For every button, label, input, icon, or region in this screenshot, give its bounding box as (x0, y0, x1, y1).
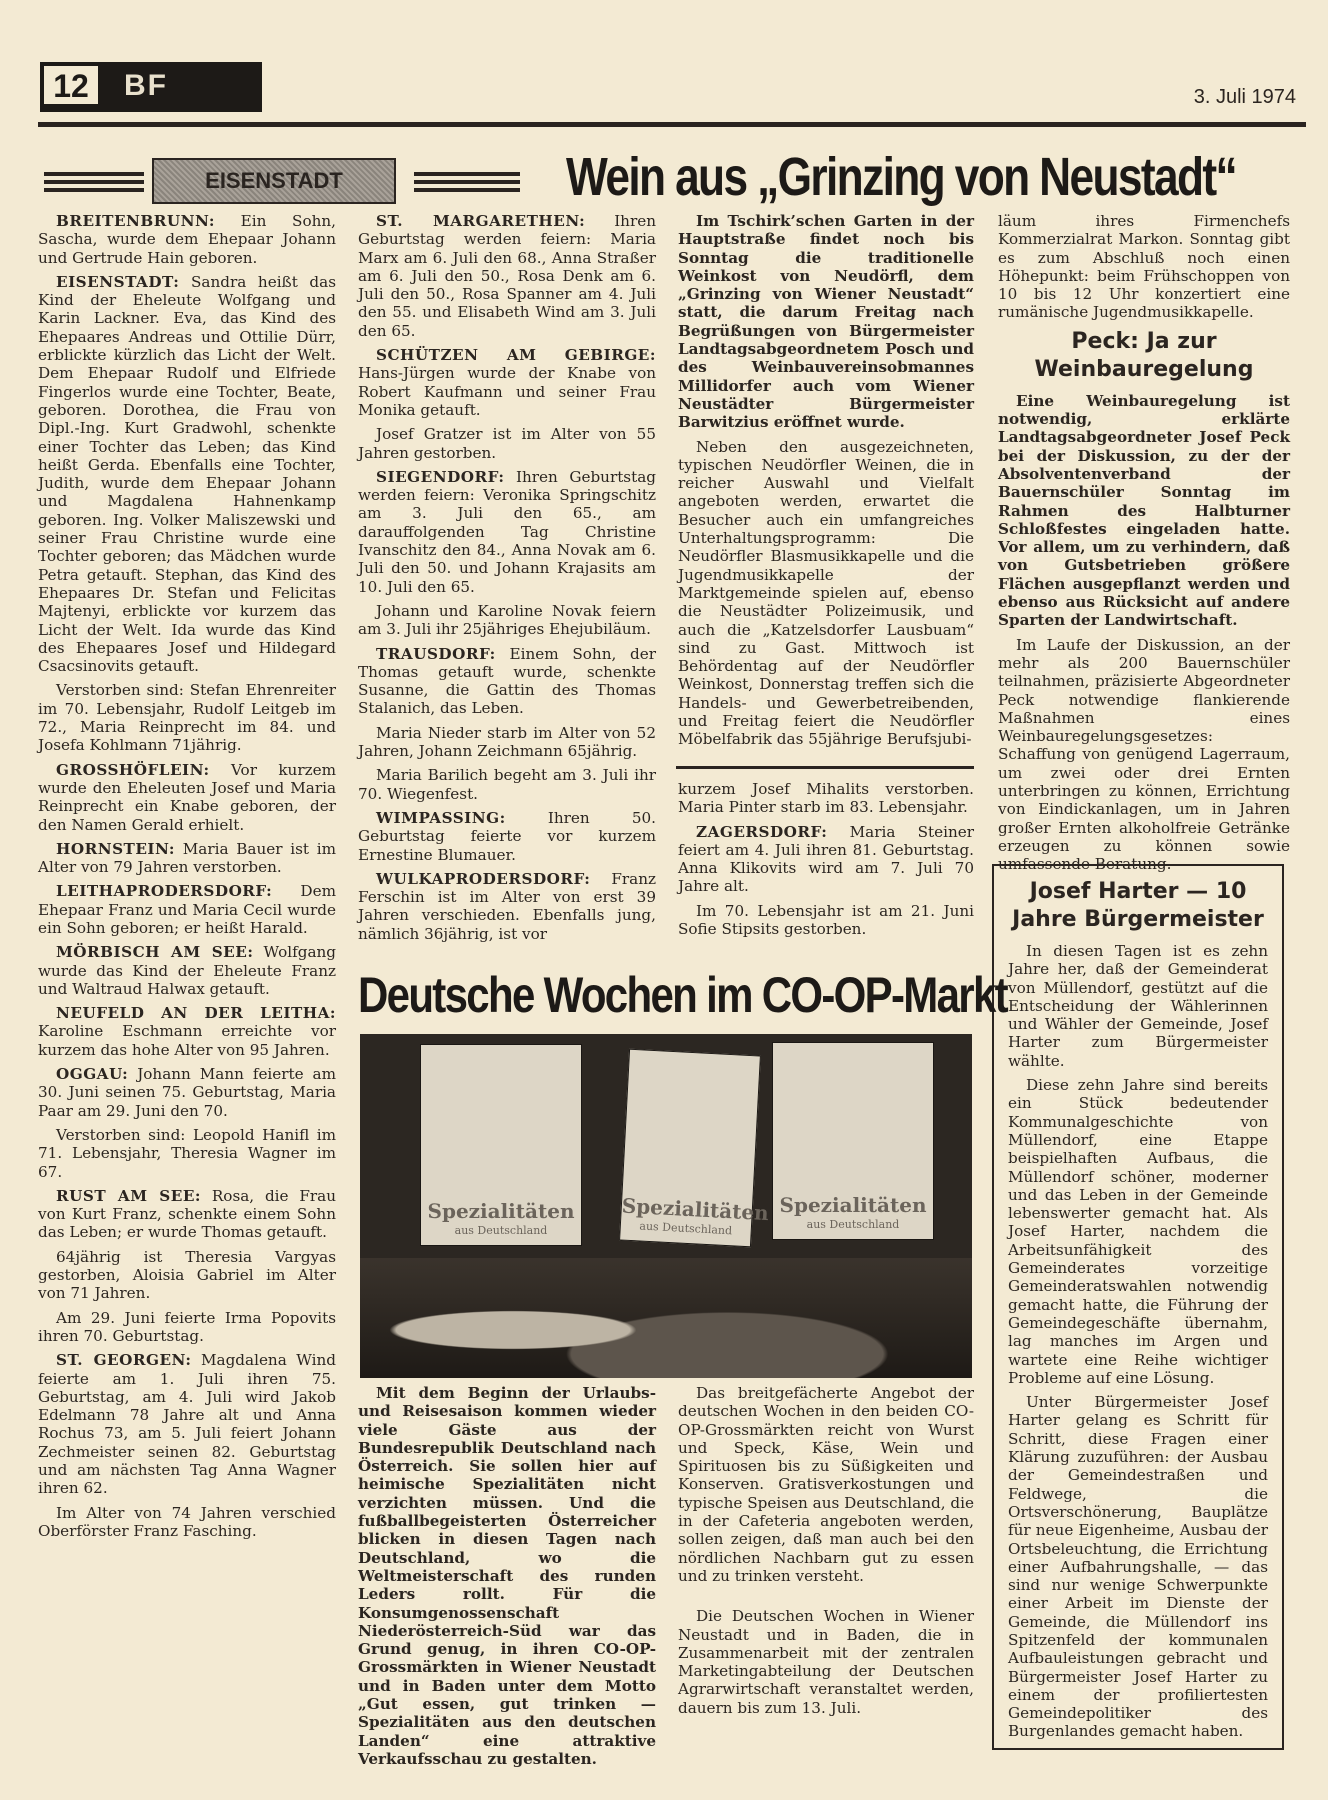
headline-wein: Wein aus „Grinzing von Neustadt“ (566, 146, 1236, 208)
news-text: Josef Gratzer ist im Alter von 55 Jahren… (358, 425, 656, 461)
coop-body-column: Das breitgefächerte Angebot der deutsche… (678, 1384, 974, 1723)
column-wein-continued: läum ihres Firmenchefs Kommerzialrat Mar… (998, 212, 1290, 880)
news-item: SCHÜTZEN AM GEBIRGE: Hans-Jürgen wurde d… (358, 346, 656, 419)
news-item: Im Alter von 74 Jahren verschied Oberför… (38, 1504, 336, 1541)
news-item: Am 29. Juni feierte Irma Popovits ihren … (38, 1309, 336, 1346)
place-name: SCHÜTZEN AM GEBIRGE: (376, 346, 656, 364)
news-text: Maria Nieder starb im Alter von 52 Jahre… (358, 724, 656, 760)
headline-coop: Deutsche Wochen im CO-OP-Markt (358, 966, 1007, 1024)
news-item: SIEGENDORF: Ihren Geburtstag werden feie… (358, 468, 656, 596)
news-item: MÖRBISCH AM SEE: Wolfgang wurde das Kind… (38, 943, 336, 998)
harter-paragraph: In diesen Tagen ist es zehn Jahre her, d… (1008, 942, 1268, 1070)
news-text: Verstorben sind: Stefan Ehrenreiter im 7… (38, 681, 336, 754)
news-text: Sandra heißt das Kind der Eheleute Wolfg… (38, 273, 336, 675)
news-item: Johann und Karoline Novak feiern am 3. J… (358, 602, 656, 639)
news-item: kurzem Josef Mihalits verstorben. Maria … (678, 780, 974, 817)
column-eisenstadt-3: kurzem Josef Mihalits verstorben. Maria … (678, 780, 974, 944)
coop-lead-column: Mit dem Beginn der Urlaubs- und Reisesai… (358, 1384, 656, 1774)
wein-lead: Im Tschirk’schen Garten in der Hauptstra… (678, 212, 974, 432)
news-item: Verstorben sind: Leopold Hanifl im 71. L… (38, 1126, 336, 1181)
article-divider (676, 766, 974, 769)
place-name: ZAGERSDORF: (696, 823, 827, 841)
news-item: ST. MARGARETHEN: Ihren Geburtstag werden… (358, 212, 656, 340)
place-name: SIEGENDORF: (376, 468, 504, 486)
coop-body: Das breitgefächerte Angebot der deutsche… (678, 1384, 974, 1585)
news-item: TRAUSDORF: Einem Sohn, der Thomas getauf… (358, 645, 656, 718)
crowd (360, 1258, 972, 1378)
news-item: WIMPASSING: Ihren 50. Geburtstag feierte… (358, 809, 656, 864)
decorative-stripes-right (414, 172, 520, 194)
place-name: WULKAPRODERSDORF: (376, 870, 590, 888)
news-item: Maria Nieder starb im Alter von 52 Jahre… (358, 724, 656, 761)
news-item: GROSSHÖFLEIN: Vor kurzem wurde den Ehele… (38, 761, 336, 834)
news-item: BREITENBRUNN: Ein Sohn, Sascha, wurde de… (38, 212, 336, 267)
place-name: LEITHAPRODERSDORF: (56, 882, 272, 900)
news-text: Ihren Geburtstag werden feiern: Veronika… (358, 468, 656, 596)
place-name: OGGAU: (56, 1065, 128, 1083)
news-item: HORNSTEIN: Maria Bauer ist im Alter von … (38, 840, 336, 877)
poster: Spezialitäten aus Deutschland (420, 1044, 582, 1246)
news-text: Ihren Geburtstag werden feiern: Maria Ma… (358, 212, 656, 340)
place-name: TRAUSDORF: (376, 645, 496, 663)
newspaper-page: 12 BF 3. Juli 1974 EISENSTADT Wein aus „… (0, 0, 1328, 1800)
harter-box: Josef Harter — 10 Jahre Bürgermeister In… (992, 864, 1284, 1750)
poster: Spezialitäten aus Deutschland (772, 1042, 934, 1240)
news-text: Karoline Eschmann erreichte vor kurzem d… (38, 1022, 336, 1058)
wein-continued: läum ihres Firmenchefs Kommerzialrat Mar… (998, 212, 1290, 322)
wein-body: Neben den ausgezeichneten, typischen Neu… (678, 438, 974, 749)
news-text: kurzem Josef Mihalits verstorben. Maria … (678, 780, 974, 816)
news-item: 64jährig ist Theresia Vargyas gestorben,… (38, 1248, 336, 1303)
coop-photo: Spezialitäten aus Deutschland Spezialitä… (360, 1034, 972, 1378)
place-name: WIMPASSING: (376, 809, 506, 827)
news-text: Am 29. Juni feierte Irma Popovits ihren … (38, 1309, 336, 1345)
news-text: Verstorben sind: Leopold Hanifl im 71. L… (38, 1126, 336, 1181)
news-text: Johann und Karoline Novak feiern am 3. J… (358, 602, 656, 638)
news-item: ZAGERSDORF: Maria Steiner feiert am 4. J… (678, 823, 974, 896)
news-item: Verstorben sind: Stefan Ehrenreiter im 7… (38, 681, 336, 754)
news-text: 64jährig ist Theresia Vargyas gestorben,… (38, 1248, 336, 1303)
issue-date: 3. Juli 1974 (1194, 86, 1296, 109)
peck-body: Im Laufe der Diskussion, an der mehr als… (998, 636, 1290, 874)
peck-lead: Eine Weinbauregelung ist notwendig, erkl… (998, 392, 1290, 630)
news-item: EISENSTADT: Sandra heißt das Kind der Eh… (38, 273, 336, 676)
harter-paragraph: Unter Bürgermeister Josef Harter gelang … (1008, 1393, 1268, 1741)
column-eisenstadt-1: BREITENBRUNN: Ein Sohn, Sascha, wurde de… (38, 212, 336, 1546)
news-item: Maria Barilich begeht am 3. Juli ihr 70.… (358, 766, 656, 803)
news-text: Im 70. Lebensjahr ist am 21. Juni Sofie … (678, 902, 974, 938)
section-label: BF (124, 64, 168, 108)
news-item: Josef Gratzer ist im Alter von 55 Jahren… (358, 425, 656, 462)
place-name: HORNSTEIN: (56, 840, 175, 858)
place-name: MÖRBISCH AM SEE: (56, 943, 253, 961)
headline-harter: Josef Harter — 10 Jahre Bürgermeister (1008, 878, 1268, 934)
decorative-stripes-left (44, 172, 144, 194)
place-name: EISENSTADT: (56, 273, 179, 291)
column-wein-article: Im Tschirk’schen Garten in der Hauptstra… (678, 212, 974, 755)
coop-body: Die Deutschen Wochen in Wiener Neustadt … (678, 1607, 974, 1717)
place-name: RUST AM SEE: (56, 1187, 201, 1205)
page-number: 12 (44, 66, 98, 104)
region-label: EISENSTADT (152, 158, 396, 204)
news-item: Im 70. Lebensjahr ist am 21. Juni Sofie … (678, 902, 974, 939)
harter-paragraph: Diese zehn Jahre sind bereits ein Stück … (1008, 1076, 1268, 1387)
page-header-box: 12 BF (40, 62, 262, 112)
news-item: OGGAU: Johann Mann feierte am 30. Juni s… (38, 1065, 336, 1120)
news-text: Hans-Jürgen wurde der Knabe von Robert K… (358, 364, 656, 419)
place-name: GROSSHÖFLEIN: (56, 761, 210, 779)
news-text: Magdalena Wind feierte am 1. Juli ihren … (38, 1351, 336, 1497)
news-item: RUST AM SEE: Rosa, die Frau von Kurt Fra… (38, 1187, 336, 1242)
header-rule (38, 122, 1306, 127)
column-eisenstadt-2: ST. MARGARETHEN: Ihren Geburtstag werden… (358, 212, 656, 949)
news-text: Maria Barilich begeht am 3. Juli ihr 70.… (358, 766, 656, 802)
news-item: LEITHAPRODERSDORF: Dem Ehepaar Franz und… (38, 882, 336, 937)
poster: Spezialitäten aus Deutschland (619, 1049, 761, 1248)
news-text: Im Alter von 74 Jahren verschied Oberför… (38, 1504, 336, 1540)
news-item: ST. GEORGEN: Magdalena Wind feierte am 1… (38, 1351, 336, 1497)
news-item: WULKAPRODERSDORF: Franz Ferschin ist im … (358, 870, 656, 943)
news-item: NEUFELD AN DER LEITHA: Karoline Eschmann… (38, 1004, 336, 1059)
place-name: NEUFELD AN DER LEITHA: (56, 1004, 336, 1022)
coop-lead: Mit dem Beginn der Urlaubs- und Reisesai… (358, 1384, 656, 1768)
place-name: ST. GEORGEN: (56, 1351, 191, 1369)
place-name: BREITENBRUNN: (56, 212, 215, 230)
place-name: ST. MARGARETHEN: (376, 212, 585, 230)
headline-peck: Peck: Ja zur Weinbauregelung (998, 328, 1290, 384)
